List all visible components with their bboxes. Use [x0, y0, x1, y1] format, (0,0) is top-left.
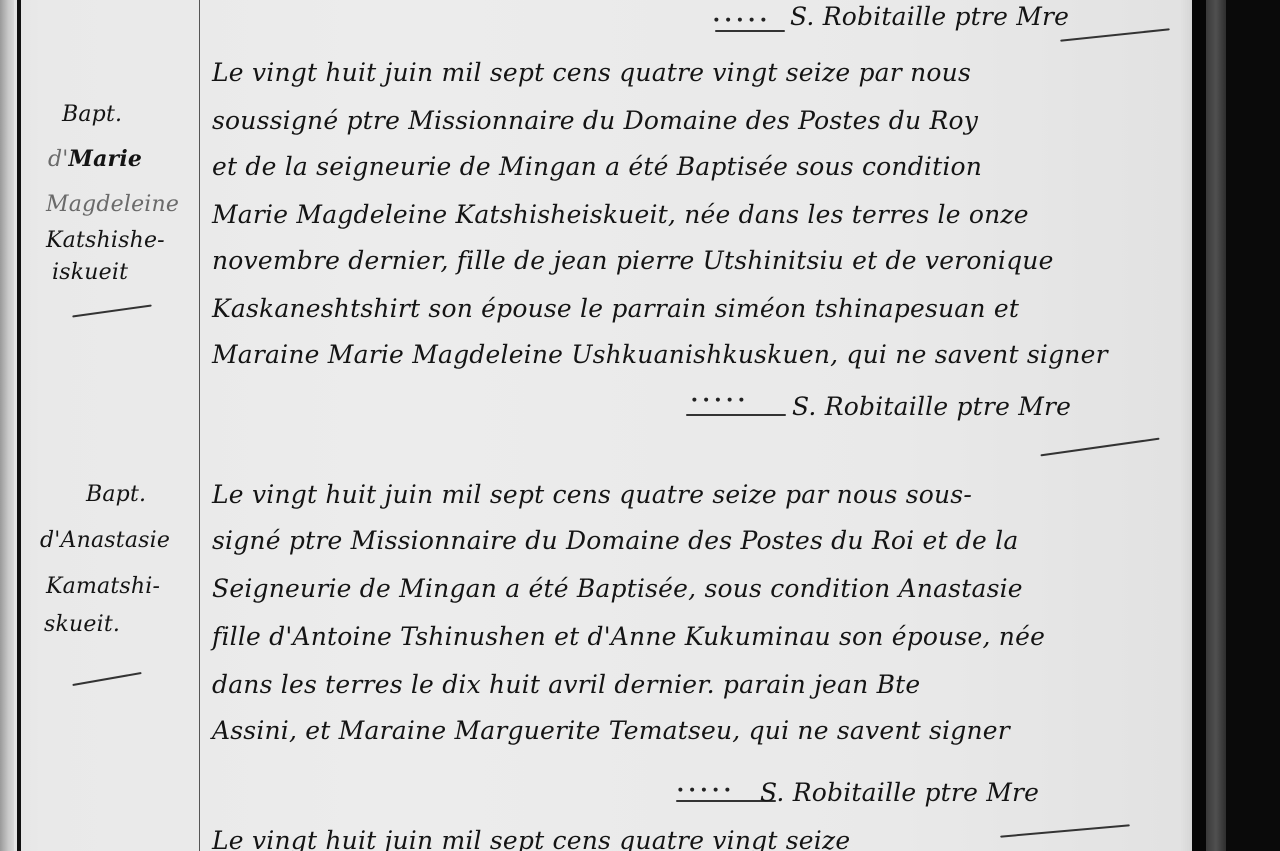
register-page: ∙∙∙∙∙ S. Robitaille ptre Mre Bapt. d'Mar… [0, 0, 1192, 851]
entry1-line: et de la seigneurie de Mingan a été Bapt… [212, 152, 982, 181]
entry1-margin-name-struck: Marie [69, 146, 143, 172]
entry1-line: soussigné ptre Missionnaire du Domaine d… [212, 106, 978, 135]
margin-flourish [72, 672, 141, 686]
entry2-line: Assini, et Maraine Marguerite Tematseu, … [212, 716, 1010, 745]
entry1-margin-line: iskueit [52, 260, 128, 285]
signature-flourish-dots: ∙∙∙∙∙ [712, 12, 771, 28]
entry1-margin-line: d'Marie [48, 146, 142, 172]
signature-flourish-dots: ∙∙∙∙∙ [690, 392, 749, 408]
signature-flourish [1000, 824, 1130, 837]
entry2-line: Seigneurie de Mingan a été Baptisée, sou… [212, 574, 1023, 603]
entry2-line: dans les terres le dix huit avril dernie… [212, 670, 920, 699]
entry1-margin-line: Bapt. [62, 102, 122, 127]
signature-flourish-dots: ∙∙∙∙∙ [676, 782, 735, 798]
entry2-line: fille d'Antoine Tshinushen et d'Anne Kuk… [212, 622, 1045, 651]
entry2-margin-line: Bapt. [86, 482, 146, 507]
entry1-margin-line: Magdeleine [46, 192, 179, 217]
entry2-margin-line: d'Anastasie [40, 528, 170, 553]
margin-flourish [72, 304, 151, 317]
adjacent-page-edge [1206, 0, 1226, 851]
entry2-line: Le vingt huit juin mil sept cens quatre … [212, 480, 972, 509]
entry1-line: Maraine Marie Magdeleine Ushkuanishkusku… [212, 340, 1108, 369]
binding-shadow [0, 0, 14, 851]
signature-flourish [715, 30, 785, 32]
entry1-line: Kaskaneshtshirt son épouse le parrain si… [212, 294, 1019, 323]
signature-flourish [1040, 438, 1159, 457]
signature-flourish [1060, 28, 1170, 41]
signature-top-fragment: S. Robitaille ptre Mre [790, 2, 1069, 31]
entry2-margin-line: skueit. [44, 612, 120, 637]
entry2-line: signé ptre Missionnaire du Domaine des P… [212, 526, 1019, 555]
entry3-line: Le vingt huit juin mil sept cens quatre … [212, 826, 850, 851]
entry1-line: novembre dernier, fille de jean pierre U… [212, 246, 1054, 275]
margin-rule [199, 0, 200, 851]
entry2-signature: S. Robitaille ptre Mre [760, 778, 1039, 807]
entry2-margin-line: Kamatshi- [46, 574, 160, 599]
entry1-signature: S. Robitaille ptre Mre [792, 392, 1071, 421]
entry1-margin-line: Katshishe- [46, 228, 165, 253]
page-edge-shadow [1192, 0, 1206, 851]
entry1-line: Le vingt huit juin mil sept cens quatre … [212, 58, 971, 87]
left-border-rule [17, 0, 21, 851]
signature-flourish [686, 414, 786, 416]
entry1-line: Marie Magdeleine Katshisheiskueit, née d… [212, 200, 1029, 229]
